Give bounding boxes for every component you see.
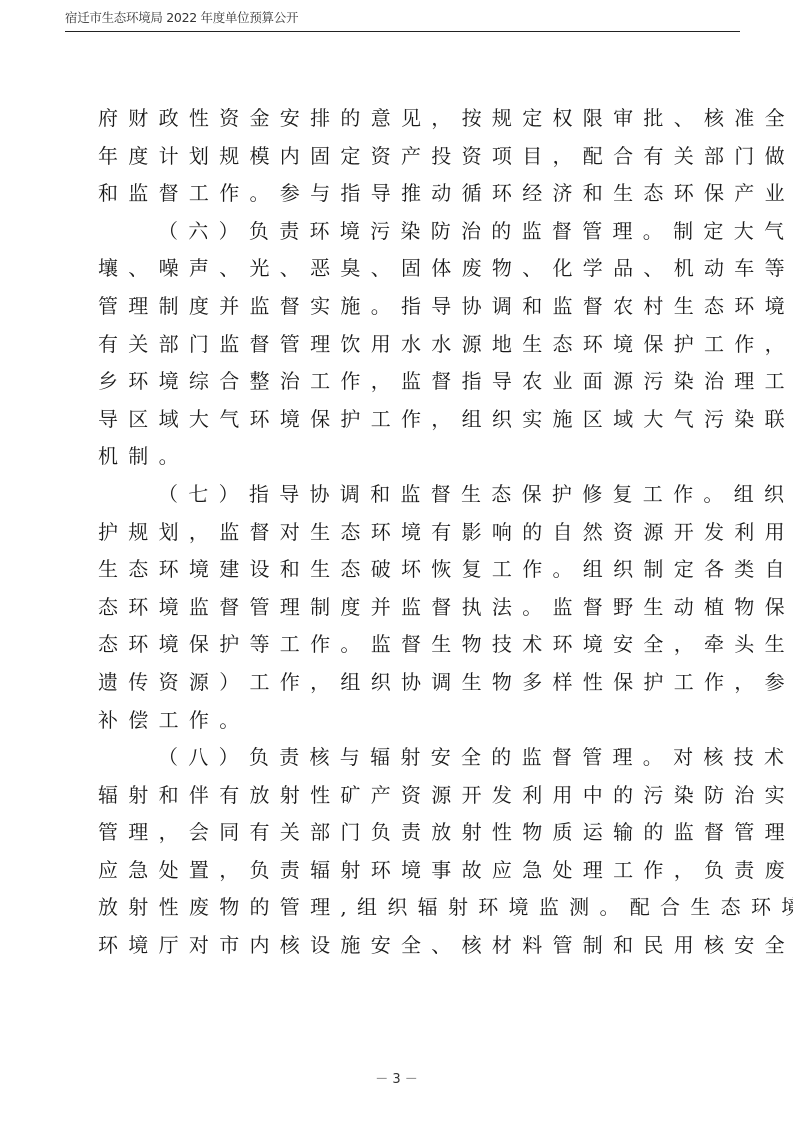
text-line: 管理制度并监督实施。指导协调和监督农村生态环境保护，会同 xyxy=(98,288,712,326)
text-line: 府财政性资金安排的意见，按规定权限审批、核准全市规划内和 xyxy=(98,100,712,138)
text-line: 态环境保护等工作。监督生物技术环境安全，牵头生物物种（含 xyxy=(98,626,712,664)
document-title: 宿迁市生态环境局 2022 年度单位预算公开 xyxy=(65,9,740,27)
page-header: 宿迁市生态环境局 2022 年度单位预算公开 xyxy=(65,9,740,32)
text-line: 遗传资源）工作，组织协调生物多样性保护工作，参与生态保护 xyxy=(98,664,712,702)
text-line: 年度计划规模内固定资产投资项目，配合有关部门做好组织实施 xyxy=(98,138,712,176)
text-line: 辐射和伴有放射性矿产资源开发利用中的污染防治实施统一监督 xyxy=(98,777,712,815)
page-number: － 3 － xyxy=(0,1068,793,1087)
paragraph-continuation: 府财政性资金安排的意见，按规定权限审批、核准全市规划内和 年度计划规模内固定资产… xyxy=(98,100,712,213)
text-line: 环境厅对市内核设施安全、核材料管制和民用核安全设备实施监 xyxy=(98,927,712,965)
text-line: 有关部门监督管理饮用水水源地生态环境保护工作，组织指导城 xyxy=(98,326,712,364)
text-line: 乡环境综合整治工作，监督指导农业面源污染治理工作。监督指 xyxy=(98,363,712,401)
text-line: 放射性废物的管理,组织辐射环境监测。配合生态环境部、省生态 xyxy=(98,889,712,927)
body-text: 府财政性资金安排的意见，按规定权限审批、核准全市规划内和 年度计划规模内固定资产… xyxy=(98,100,712,965)
text-line: （七）指导协调和监督生态保护修复工作。组织编制生态保 xyxy=(98,476,712,514)
text-line: （六）负责环境污染防治的监督管理。制定大气、水、土 xyxy=(98,213,712,251)
text-line: 管理，会同有关部门负责放射性物质运输的监督管理,参与核事故 xyxy=(98,814,712,852)
paragraph-item-7: （七）指导协调和监督生态保护修复工作。组织编制生态保 护规划，监督对生态环境有影… xyxy=(98,476,712,739)
text-line: 应急处置，负责辐射环境事故应急处理工作，负责废旧放射源和 xyxy=(98,852,712,890)
text-line: （八）负责核与辐射安全的监督管理。对核技术应用、电磁 xyxy=(98,739,712,777)
text-line: 壤、噪声、光、恶臭、固体废物、化学品、机动车等的污染防治 xyxy=(98,250,712,288)
text-line: 导区域大气环境保护工作，组织实施区域大气污染联防联控协作 xyxy=(98,401,712,439)
paragraph-item-6: （六）负责环境污染防治的监督管理。制定大气、水、土 壤、噪声、光、恶臭、固体废物… xyxy=(98,213,712,476)
text-line: 态环境监督管理制度并监督执法。监督野生动植物保护、湿地生 xyxy=(98,589,712,627)
paragraph-item-8: （八）负责核与辐射安全的监督管理。对核技术应用、电磁 辐射和伴有放射性矿产资源开… xyxy=(98,739,712,965)
text-line: 补偿工作。 xyxy=(98,702,712,740)
text-line: 和监督工作。参与指导推动循环经济和生态环保产业发展。 xyxy=(98,175,712,213)
text-line: 生态环境建设和生态破坏恢复工作。组织制定各类自然保护地生 xyxy=(98,551,712,589)
text-line: 护规划，监督对生态环境有影响的自然资源开发利用活动、重要 xyxy=(98,514,712,552)
text-line: 机制。 xyxy=(98,438,712,476)
